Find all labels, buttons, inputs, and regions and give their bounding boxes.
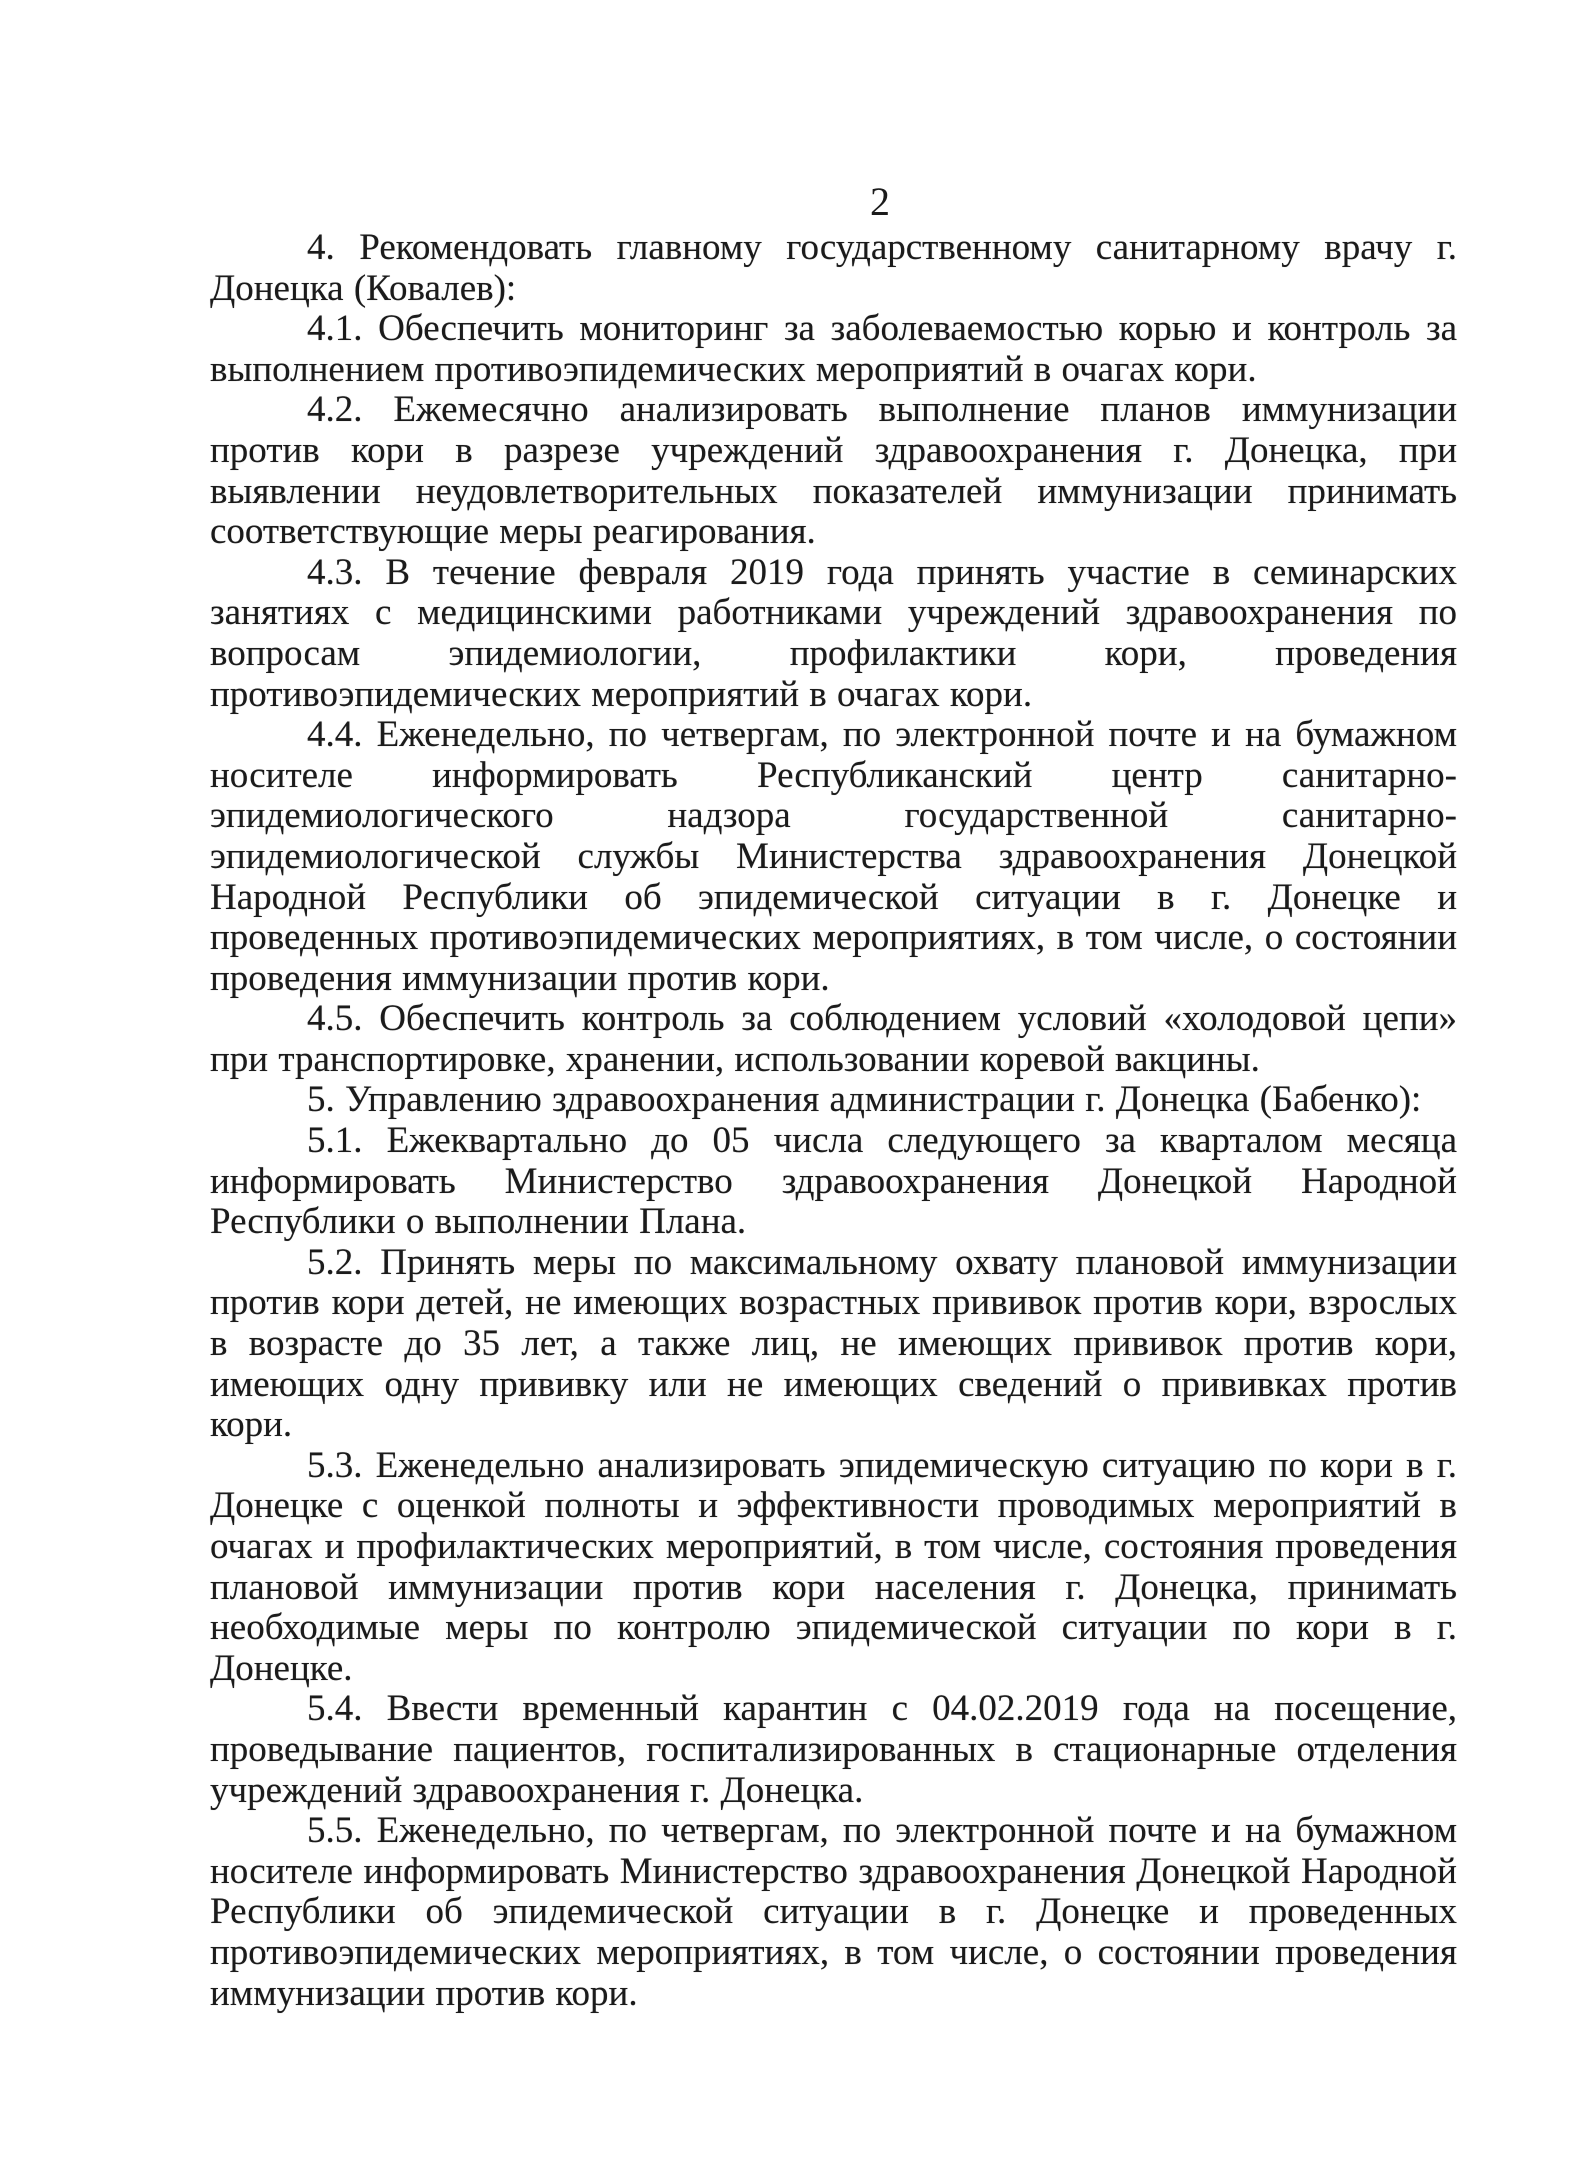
paragraph-item-4-3: 4.3. В течение февраля 2019 года принять… xyxy=(210,553,1457,715)
paragraph-item-4-5: 4.5. Обеспечить контроль за соблюдением … xyxy=(210,999,1457,1080)
scanned-document-page: 2 4. Рекомендовать главному государствен… xyxy=(0,0,1570,2160)
paragraph-item-4-1: 4.1. Обеспечить мониторинг за заболеваем… xyxy=(210,309,1457,390)
paragraph-item-5-4: 5.4. Ввести временный карантин с 04.02.2… xyxy=(210,1689,1457,1811)
paragraph-item-4-2: 4.2. Ежемесячно анализировать выполнение… xyxy=(210,390,1457,552)
paragraph-item-5-1: 5.1. Ежеквартально до 05 числа следующег… xyxy=(210,1121,1457,1243)
paragraph-item-5-2: 5.2. Принять меры по максимальному охват… xyxy=(210,1243,1457,1446)
paragraph-item-5: 5. Управлению здравоохранения администра… xyxy=(210,1080,1457,1121)
paragraph-item-5-5: 5.5. Еженедельно, по четвергам, по элект… xyxy=(210,1811,1457,2014)
paragraph-item-4: 4. Рекомендовать главному государственно… xyxy=(210,228,1457,309)
page-number: 2 xyxy=(0,180,1570,224)
paragraph-item-5-3: 5.3. Еженедельно анализировать эпидемиче… xyxy=(210,1446,1457,1690)
document-body: 4. Рекомендовать главному государственно… xyxy=(210,228,1457,2014)
paragraph-item-4-4: 4.4. Еженедельно, по четвергам, по элект… xyxy=(210,715,1457,999)
